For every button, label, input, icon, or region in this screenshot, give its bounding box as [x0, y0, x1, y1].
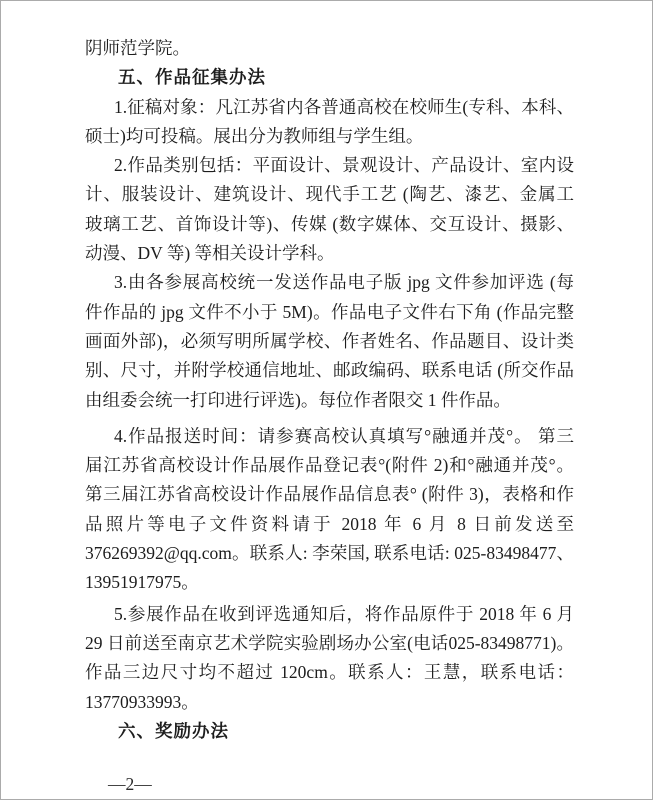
para3-line1: 3.由各参展高校统一发送作品电子版 jpg 文件参加评选 (每	[85, 268, 574, 297]
para4-line6: 13951917975。	[85, 568, 574, 597]
document-body: 阴师范学院。 五、作品征集办法 1.征稿对象：凡江苏省内各普通高校在校师生(专科…	[85, 34, 574, 746]
document-page: 阴师范学院。 五、作品征集办法 1.征稿对象：凡江苏省内各普通高校在校师生(专科…	[0, 0, 653, 800]
para4-line3: 第三届江苏省高校设计作品展作品信息表° (附件 3)，表格和作	[85, 480, 574, 509]
para1-line2: 硕士)均可投稿。展出分为教师组与学生组。	[85, 122, 574, 151]
section-6-heading: 六、奖励办法	[85, 717, 574, 746]
para3-line5: 由组委会统一打印进行评选)。每位作者限交 1 件作品。	[85, 386, 574, 415]
para5-line2: 29 日前送至南京艺术学院实验剧场办公室(电话025-83498771)。	[85, 629, 574, 658]
para4-line5: 376269392@qq.com。联系人: 李荣国, 联系电话: 025-834…	[85, 539, 574, 568]
para4-line4: 品照片等电子文件资料请于 2018 年 6 月 8 日前发送至	[85, 510, 574, 539]
para5-line4: 13770933993。	[85, 688, 574, 717]
para5-line1: 5.参展作品在收到评选通知后，将作品原件于 2018 年 6 月	[85, 600, 574, 629]
para2-line2: 计、服装设计、建筑设计、现代手工艺 (陶艺、漆艺、金属工艺、	[85, 180, 574, 209]
para1-line1: 1.征稿对象：凡江苏省内各普通高校在校师生(专科、本科、	[85, 93, 574, 122]
section-5-heading: 五、作品征集办法	[85, 63, 574, 92]
para3-line4: 别、尺寸，并附学校通信地址、邮政编码、联系电话 (所交作品	[85, 356, 574, 385]
para3-line2: 件作品的 jpg 文件不小于 5M)。作品电子文件右下角 (作品完整	[85, 298, 574, 327]
para4-line1: 4.作品报送时间：请参赛高校认真填写°融通并茂°。 第三	[85, 422, 574, 451]
para4-line2: 届江苏省高校设计作品展作品登记表°(附件 2)和°融通并茂°。	[85, 451, 574, 480]
para2-line4: 动漫、DV 等) 等相关设计学科。	[85, 239, 574, 268]
para2-line1: 2.作品类别包括：平面设计、景观设计、产品设计、室内设	[85, 151, 574, 180]
para5-line3: 作品三边尺寸均不超过 120cm。联系人：王慧，联系电话：	[85, 658, 574, 687]
leading-line: 阴师范学院。	[85, 34, 574, 63]
para2-line3: 玻璃工艺、首饰设计等)、传媒 (数字媒体、交互设计、摄影、	[85, 210, 574, 239]
para3-line3: 画面外部)，必须写明所属学校、作者姓名、作品题目、设计类	[85, 327, 574, 356]
page-number: —2—	[108, 772, 152, 796]
